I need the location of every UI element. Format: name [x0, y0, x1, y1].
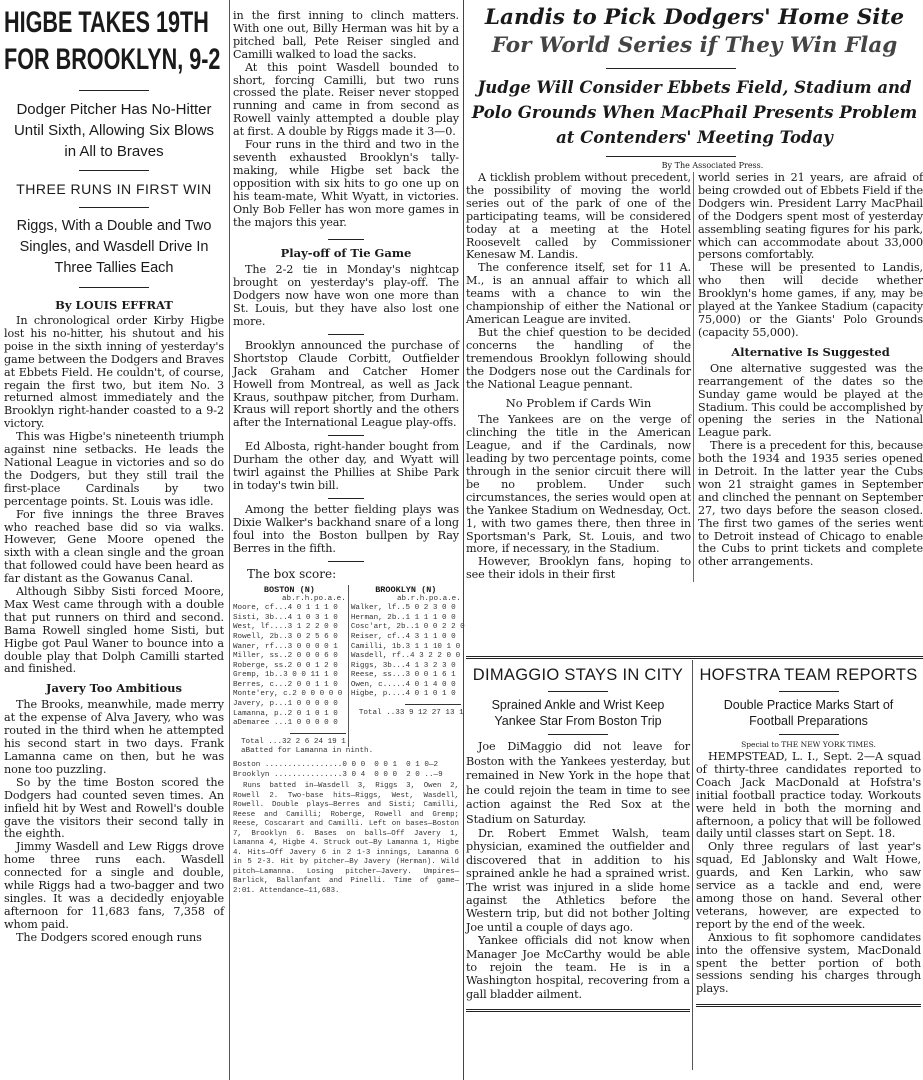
hofstra-article: HOFSTRA TEAM REPORTS Double Practice Mar… — [696, 664, 921, 1007]
box-row: Owen, c.....4 0 1 4 0 0 — [351, 681, 461, 691]
paragraph: HEMPSTEAD, L. I., Sept. 2—A squad of thi… — [696, 751, 921, 841]
column-divider — [229, 0, 230, 1080]
box-row: Higbe, p....4 0 1 0 1 0 — [351, 690, 461, 700]
column-header: ab.r.h.po.a.e. — [351, 595, 461, 605]
box-footnote: aBatted for Lamanna in ninth. — [233, 747, 459, 757]
paragraph: Jimmy Wasdell and Lew Riggs drove home t… — [4, 841, 224, 931]
box-row: West, lf....3 1 2 2 0 0 — [233, 623, 346, 633]
paragraph: The Brooks, meanwhile, made merry at the… — [4, 699, 224, 776]
box-row: Roberge, ss.2 0 0 1 2 0 — [233, 662, 346, 672]
paragraph: world series in 21 years, are afraid of … — [698, 172, 923, 262]
higbe-article-column-2: in the first inning to clinch matters. W… — [233, 0, 459, 896]
box-score-title: The box score: — [247, 567, 459, 581]
divider — [328, 561, 364, 562]
box-row: Walker, lf..5 0 2 3 0 0 — [351, 604, 461, 614]
headline-line-1: HIGBE TAKES 19TH — [4, 4, 162, 42]
divider — [328, 435, 364, 436]
box-row: Riggs, 3b...4 1 3 2 3 0 — [351, 662, 461, 672]
box-row: Moore, cf...4 0 1 1 1 0 — [233, 604, 346, 614]
dimaggio-headline: DIMAGGIO STAYS IN CITY — [466, 664, 690, 686]
paragraph: The Dodgers scored enough runs — [4, 932, 224, 945]
higbe-deck-1: Dodger Pitcher Has No-Hitter Until Sixth… — [8, 99, 220, 162]
divider — [548, 734, 608, 735]
paragraph: At this point Wasdell bounded to short, … — [233, 62, 459, 139]
box-row: Waner, rf...3 0 0 0 0 1 — [233, 643, 346, 653]
divider — [79, 90, 149, 91]
paragraph: in the first inning to clinch matters. W… — [233, 10, 459, 62]
paragraph: The Yankees are on the verge of clinchin… — [466, 414, 691, 556]
headline-line-2: FOR BROOKLYN, 9-2 — [4, 42, 162, 78]
landis-left-column: A ticklish problem without precedent, th… — [466, 172, 693, 582]
paragraph: This was Higbe's nineteenth triumph agai… — [4, 431, 224, 508]
divider — [328, 498, 364, 499]
paragraph: So by the time Boston scored the Dodgers… — [4, 777, 224, 842]
landis-headline: Landis to Pick Dodgers' Home Site For Wo… — [466, 4, 923, 60]
boston-box: BOSTON (N) ab.r.h.po.a.e. Moore, cf...4 … — [233, 585, 349, 748]
divider — [79, 287, 149, 288]
divider — [328, 239, 364, 240]
box-score: The box score: BOSTON (N) ab.r.h.po.a.e.… — [233, 567, 459, 897]
paragraph: Only three regulars of last year's squad… — [696, 841, 921, 931]
boston-header: BOSTON (N) — [233, 585, 346, 595]
line-score-brooklyn: Brooklyn ...............3 0 4 0 0 0 2 0 … — [233, 771, 459, 781]
hofstra-byline: Special to THE NEW YORK TIMES. — [696, 740, 921, 749]
paragraph: However, Brooklyn fans, hoping to see th… — [466, 556, 691, 582]
section-divider — [466, 656, 923, 659]
subhead-javery: Javery Too Ambitious — [4, 681, 224, 695]
paragraph: In chronological order Kirby Higbe lost … — [4, 315, 224, 431]
paragraph: Four runs in the third and two in the se… — [233, 139, 459, 229]
divider — [79, 170, 149, 171]
divider — [779, 734, 839, 735]
paragraph: These will be presented to Landis, who t… — [698, 262, 923, 339]
box-row: Camilli, 1b.3 1 1 10 1 0 — [351, 643, 461, 653]
box-row: Cosc'art, 2b..1 0 0 2 2 0 — [351, 623, 461, 633]
paragraph: One alternative suggested was the rearra… — [698, 363, 923, 440]
hofstra-headline: HOFSTRA TEAM REPORTS — [696, 664, 921, 686]
higbe-article-column-1: HIGBE TAKES 19TH FOR BROOKLYN, 9-2 Dodge… — [4, 0, 224, 945]
higbe-headline: HIGBE TAKES 19TH FOR BROOKLYN, 9-2 — [4, 4, 224, 78]
paragraph: The conference itself, set for 11 A. M.,… — [466, 262, 691, 327]
paragraph: The 2-2 tie in Monday's nightcap brought… — [233, 264, 459, 329]
paragraph: There is a precedent for this, because b… — [698, 440, 923, 569]
landis-byline: By The Associated Press. — [502, 161, 923, 170]
paragraph: Yankee officials did not know when Manag… — [466, 934, 690, 1001]
box-total: Total ..33 9 12 27 13 1 — [351, 709, 461, 719]
box-row: Miller, ss..2 0 0 0 6 0 — [233, 652, 346, 662]
divider — [779, 691, 839, 692]
line-score-boston: Boston .................0 0 0 0 0 1 0 1 … — [233, 761, 459, 771]
landis-right-column: world series in 21 years, are afraid of … — [693, 172, 923, 582]
dimaggio-article: DIMAGGIO STAYS IN CITY Sprained Ankle an… — [466, 664, 690, 1012]
divider — [606, 156, 736, 157]
subhead-playoff: Play-off of Tie Game — [233, 246, 459, 260]
dimaggio-deck: Sprained Ankle and Wrist Keep Yankee Sta… — [466, 697, 690, 729]
paragraph: Joe DiMaggio did not leave for Boston wi… — [466, 740, 690, 827]
divider — [79, 207, 149, 208]
brooklyn-box: BROOKLYN (N) ab.r.h.po.a.e. Walker, lf..… — [349, 585, 461, 748]
higbe-deck-3: Riggs, With a Double and Two Singles, an… — [6, 216, 222, 279]
box-row: Monte'ery, c.2 0 0 0 0 0 — [233, 690, 346, 700]
column-header: ab.r.h.po.a.e. — [233, 595, 346, 605]
column-divider — [463, 0, 464, 1080]
paragraph: Although Sibby Sisti forced Moore, Max W… — [4, 586, 224, 676]
paragraph: Anxious to fit sophomore candidates into… — [696, 932, 921, 997]
higbe-byline: By LOUIS EFFRAT — [4, 298, 224, 312]
box-row: Berres, c...2 0 0 1 1 0 — [233, 681, 346, 691]
box-row: Lamanna, p..2 0 1 0 1 0 — [233, 710, 346, 720]
box-row: Reiser, cf..4 3 1 1 0 0 — [351, 633, 461, 643]
divider — [328, 334, 364, 335]
box-summary: Runs batted in—Wasdell 3, Riggs 3, Owen … — [233, 782, 459, 896]
box-row: Javery, p...1 0 0 0 0 0 — [233, 700, 346, 710]
box-total: Total ...32 2 6 24 19 1 — [233, 738, 346, 748]
divider — [548, 691, 608, 692]
higbe-deck-2: THREE RUNS IN FIRST WIN — [4, 179, 224, 199]
landis-deck: Judge Will Consider Ebbets Field, Stadiu… — [466, 75, 923, 150]
brooklyn-header: BROOKLYN (N) — [351, 585, 461, 595]
box-row: Herman, 2b..1 1 1 1 0 0 — [351, 614, 461, 624]
subhead-alternative: Alternative Is Suggested — [698, 345, 923, 359]
paragraph: Among the better fielding plays was Dixi… — [233, 504, 459, 556]
headline-line-1: Landis to Pick Dodgers' Home Site — [466, 4, 923, 32]
paragraph: For five innings the three Braves who re… — [4, 509, 224, 586]
paragraph: A ticklish problem without precedent, th… — [466, 172, 691, 262]
box-row: Sisti, 3b...4 1 0 3 1 0 — [233, 614, 346, 624]
paragraph: Dr. Robert Emmet Walsh, team physician, … — [466, 827, 690, 934]
hofstra-deck: Double Practice Marks Start of Football … — [696, 697, 921, 729]
paragraph: But the chief question to be decided con… — [466, 327, 691, 392]
headline-line-2: For World Series if They Win Flag — [466, 32, 923, 60]
landis-article: Landis to Pick Dodgers' Home Site For Wo… — [466, 0, 923, 582]
box-row: Rowell, 2b..3 0 2 5 6 0 — [233, 633, 346, 643]
paragraph: Brooklyn announced the purchase of Short… — [233, 340, 459, 430]
box-row: Wasdell, rf..4 3 2 2 0 0 — [351, 652, 461, 662]
subhead-no-problem: No Problem if Cards Win — [466, 396, 691, 410]
box-row: Gremp, 1b..3 0 0 11 1 0 — [233, 671, 346, 681]
divider — [606, 68, 736, 69]
box-row: Reese, ss...3 0 0 1 6 1 — [351, 671, 461, 681]
box-row: aDemaree ...1 0 0 0 0 0 — [233, 719, 346, 729]
paragraph: Ed Albosta, right-hander bought from Dur… — [233, 441, 459, 493]
column-divider — [692, 660, 693, 1070]
